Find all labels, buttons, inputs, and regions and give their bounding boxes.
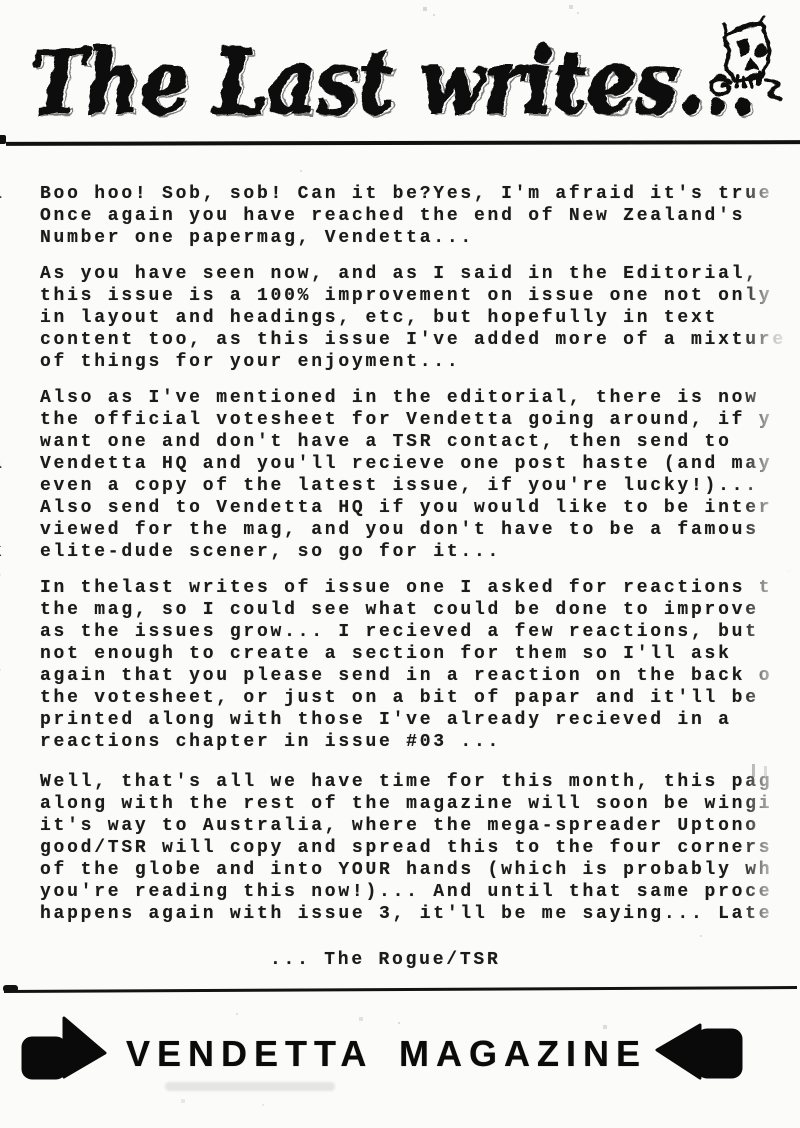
text-line: Well, that's all we have time for this m… <box>40 771 800 793</box>
text-line: In thelast writes of issue one I asked f… <box>40 577 800 599</box>
text-line: of the globe and into YOUR hands (which … <box>40 859 800 881</box>
footer-divider <box>4 986 797 993</box>
text-line: in layout and headings, etc, but hopeful… <box>40 307 800 329</box>
text-line: you're reading this now!)... And until t… <box>40 881 800 903</box>
text-line: printed along with those I've already re… <box>40 709 800 731</box>
text-line: as the issues grow... I recieved a few r… <box>40 621 800 643</box>
scan-mark <box>752 764 755 777</box>
text-line: the mag, so I could see what could be do… <box>40 599 800 621</box>
scan-mark <box>764 766 767 777</box>
text-line: the official votesheet for Vendetta goin… <box>40 409 800 431</box>
text-line: Also as I've mentioned in the editorial,… <box>40 387 800 409</box>
text-line: happens again with issue 3, it'll be me … <box>40 903 800 925</box>
text-line: content too, as this issue I've added mo… <box>40 329 800 351</box>
body-text: Boo hoo! Sob, sob! Can it be?Yes, I'm af… <box>40 183 800 939</box>
paragraph: Well, that's all we have time for this m… <box>40 771 800 925</box>
edge-fragment: k <box>0 541 11 563</box>
edge-fragment: t <box>0 561 11 583</box>
text-line: reactions chapter in issue #03 ... <box>40 731 800 753</box>
signature: ... The Rogue/TSR <box>270 949 501 971</box>
text-line: Once again you have reached the end of N… <box>40 205 800 227</box>
text-line: of things for your enjoyment... <box>40 351 800 373</box>
page-title-art: The Last writes... The Last writes... <box>0 8 800 158</box>
page: The Last writes... The Last writes... Bo… <box>0 0 800 1128</box>
text-line: even a copy of the latest issue, if you'… <box>40 475 800 497</box>
paragraph: As you have seen now, and as I said in t… <box>40 263 800 373</box>
text-line: Boo hoo! Sob, sob! Can it be?Yes, I'm af… <box>40 183 800 205</box>
text-line: Also send to Vendetta HQ if you would li… <box>40 497 800 519</box>
paragraph: Also as I've mentioned in the editorial,… <box>40 387 800 563</box>
edge-fragment: a <box>0 453 11 475</box>
arrow-right-icon <box>19 1013 109 1081</box>
text-line: Number one papermag, Vendetta... <box>40 227 800 249</box>
text-line: along with the rest of the magazine will… <box>40 793 800 815</box>
text-line: As you have seen now, and as I said in t… <box>40 263 800 285</box>
page-title-overstroke: The Last writes... <box>33 32 759 136</box>
text-line: elite-dude scener, so go for it... <box>40 541 800 563</box>
text-line: this issue is a 100% improvement on issu… <box>40 285 800 307</box>
text-line: viewed for the mag, and you don't have t… <box>40 519 800 541</box>
scan-noise <box>0 0 2 2</box>
paragraph: Boo hoo! Sob, sob! Can it be?Yes, I'm af… <box>40 183 800 249</box>
banner-title: VENDETTA MAGAZINE <box>126 1041 647 1067</box>
skull-icon <box>704 14 796 118</box>
arrow-left-icon <box>650 1016 745 1082</box>
text-line: good/TSR will copy and spread this to th… <box>40 837 800 859</box>
edge-fragment: t <box>0 656 11 678</box>
paragraph: In thelast writes of issue one I asked f… <box>40 577 800 753</box>
scan-smudge <box>165 1082 335 1091</box>
text-line: Vendetta HQ and you'll recieve one post … <box>40 453 800 475</box>
edge-fragment: a <box>0 183 11 205</box>
text-line: the votesheet, or just on a bit of papar… <box>40 687 800 709</box>
text-line: want one and don't have a TSR contact, t… <box>40 431 800 453</box>
text-line: not enough to create a section for them … <box>40 643 800 665</box>
text-line: it's way to Australia, where the mega-sp… <box>40 815 800 837</box>
text-line: again that you please send in a reaction… <box>40 665 800 687</box>
